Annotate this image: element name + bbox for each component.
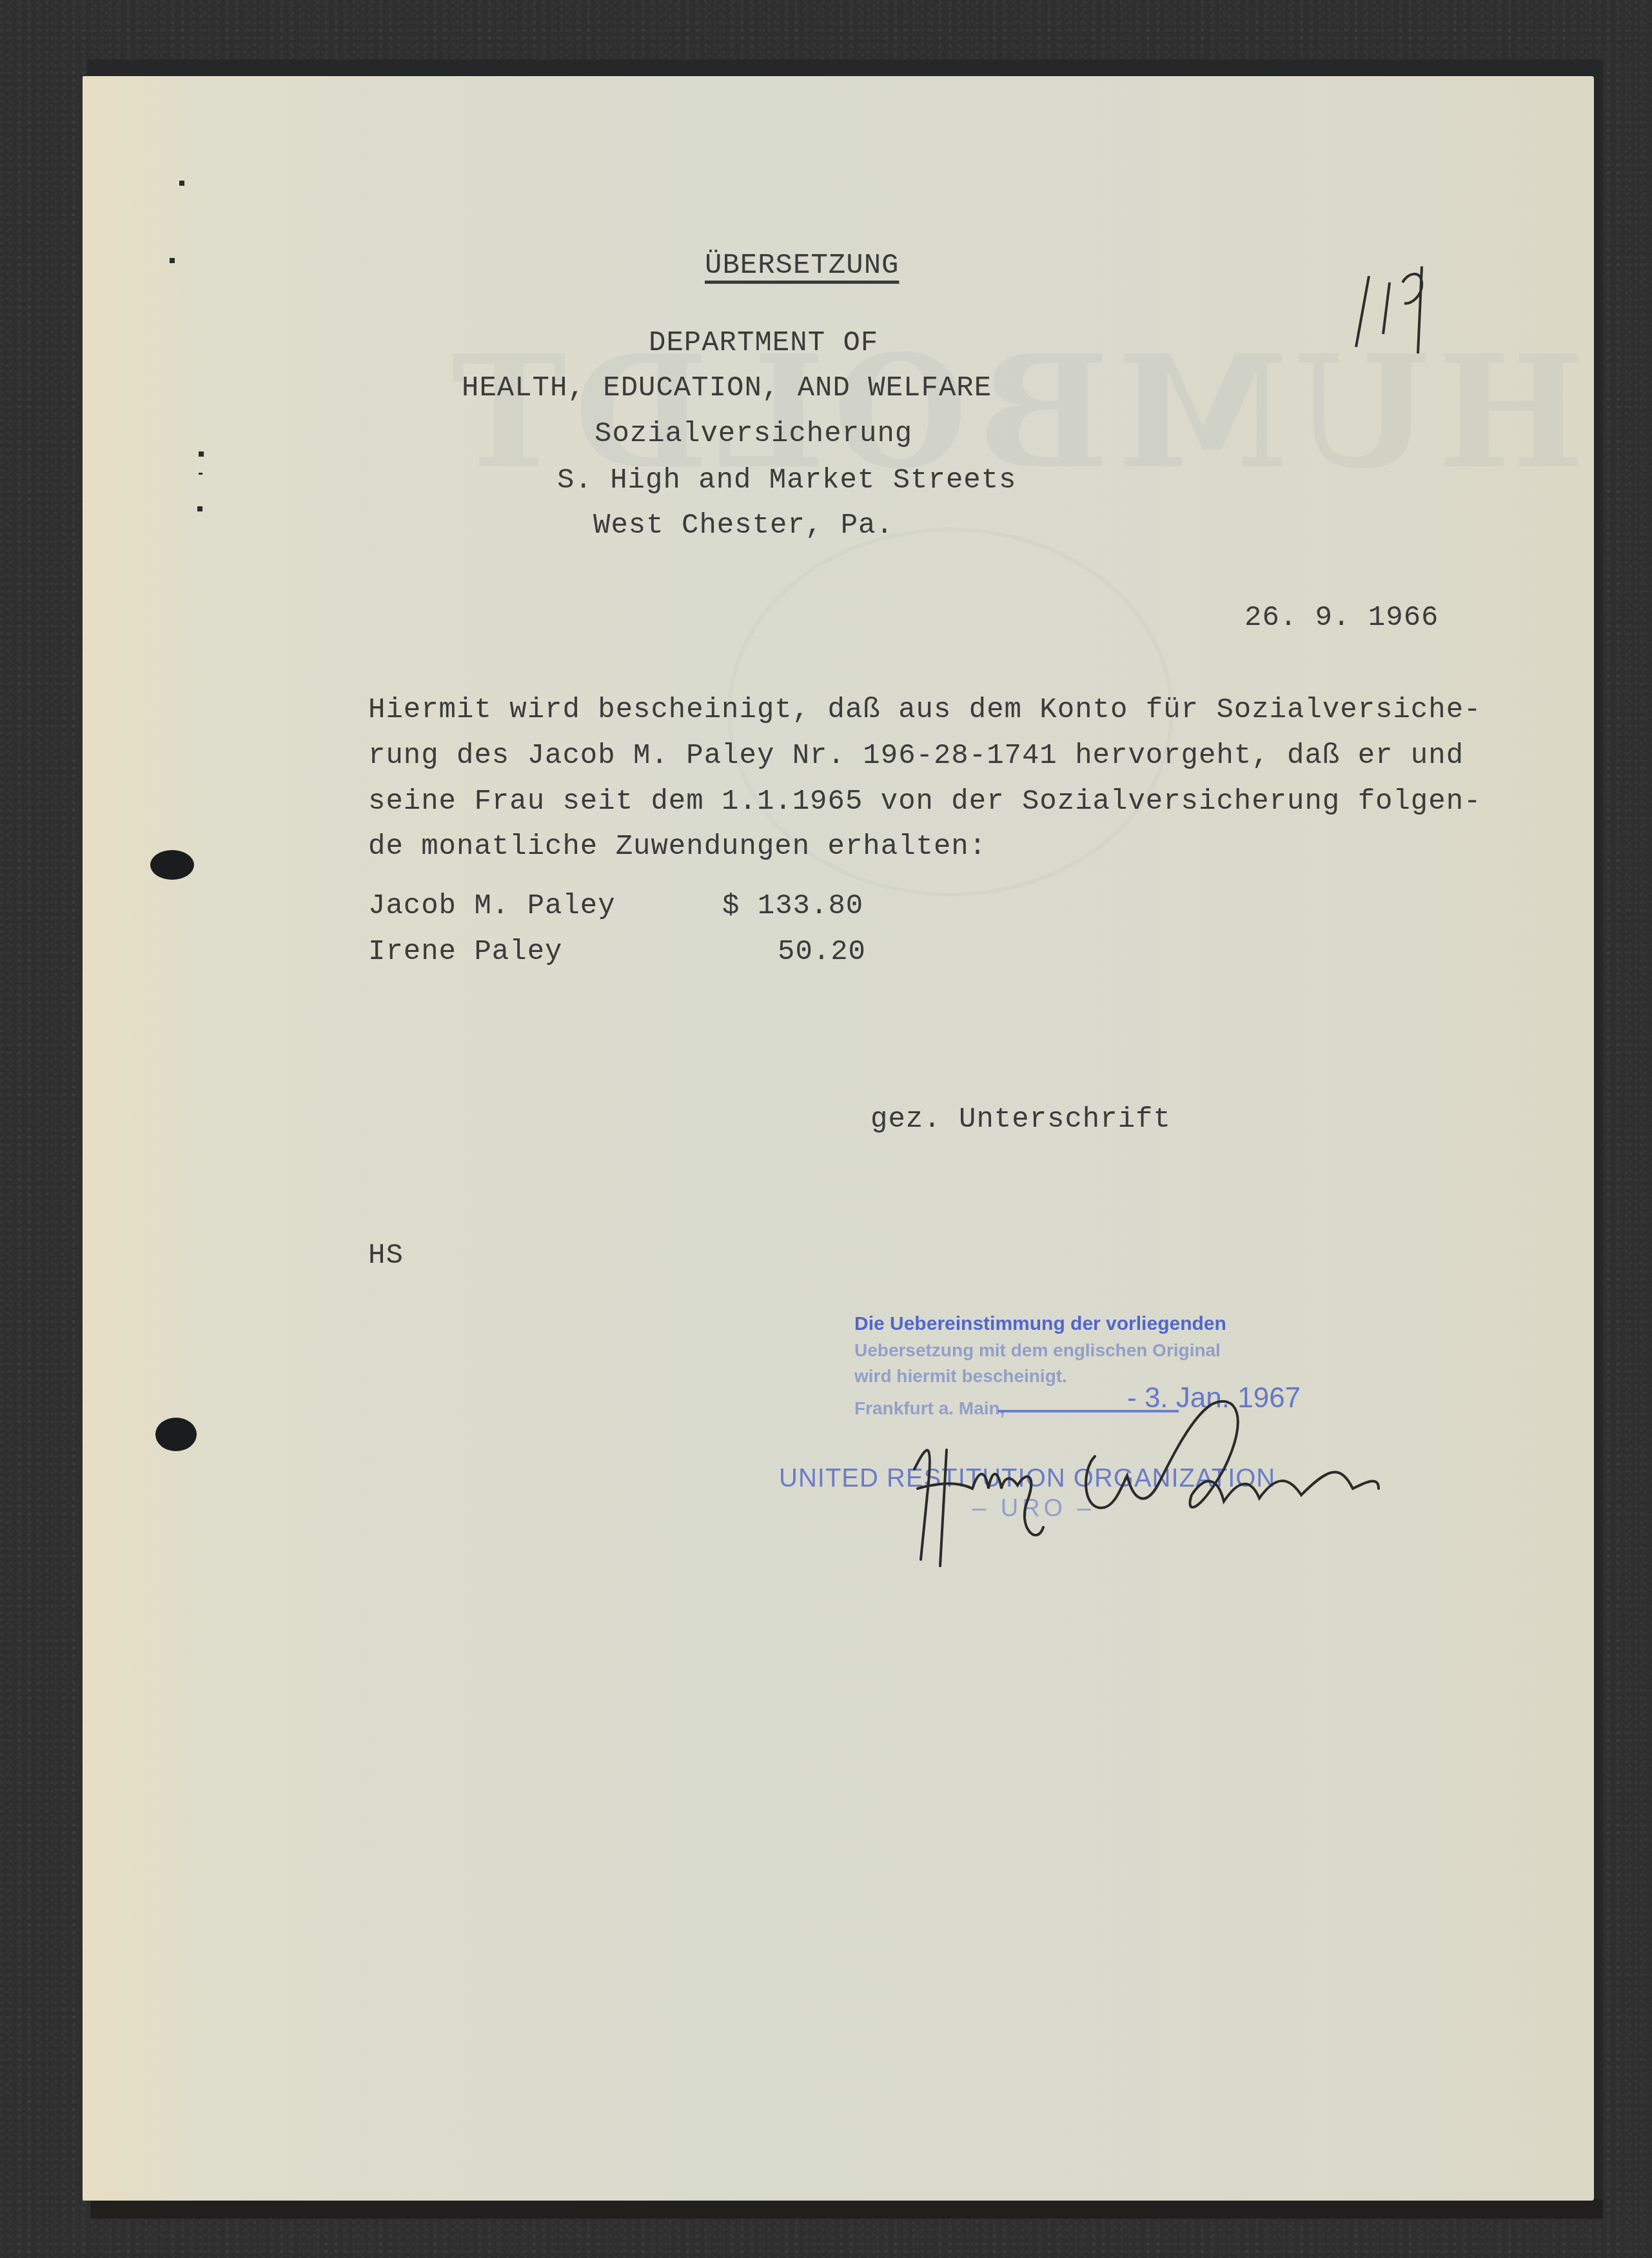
staple-mark [199,473,202,475]
sender-line-1: DEPARTMENT OF [649,329,878,357]
stamp-line-1: Die Uebereinstimmung der vorliegenden [854,1313,1226,1335]
benefit-name-1: Jacob M. Paley [368,892,616,920]
folder-edge-top [87,59,1602,77]
benefit-name-2: Irene Paley [368,938,562,966]
sender-line-3: Sozialversicherung [595,420,912,448]
signature-note: gez. Unterschrift [870,1105,1171,1134]
handwritten-folio-number [1350,257,1440,353]
document-page: HUMBOLDT 119 ÜBERSETZUNG DEPARTMENT OF H… [83,76,1594,2201]
staple-mark [179,181,184,186]
punch-hole-icon [150,850,194,880]
folder-edge-bottom [90,2199,1603,2219]
typist-initials: HS [368,1242,404,1270]
sender-line-5: West Chester, Pa. [593,511,894,540]
benefit-amount-2: 50.20 [778,938,866,966]
staple-mark [170,258,175,263]
body-line-4: de monatliche Zuwendungen erhalten: [368,833,987,861]
staple-mark [197,506,202,511]
body-line-2: rung des Jacob M. Paley Nr. 196-28-1741 … [368,742,1464,770]
body-line-3: seine Frau seit dem 1.1.1965 von der Soz… [368,787,1481,816]
stamp-line-2: Uebersetzung mit dem englischen Original [854,1340,1221,1361]
punch-hole-icon [155,1418,197,1451]
document-date: 26. 9. 1966 [1244,604,1439,632]
staple-mark [199,451,204,457]
folder-edge-right [1593,59,1603,2207]
benefit-amount-1: $ 133.80 [722,892,863,920]
document-heading: ÜBERSETZUNG [705,252,899,280]
sender-line-2: HEALTH, EDUCATION, AND WELFARE [462,374,992,402]
body-line-1: Hiermit wird bescheinigt, daß aus dem Ko… [368,696,1481,724]
sender-line-4: S. High and Market Streets [557,466,1017,495]
handwritten-signature [889,1379,1469,1572]
paper-fold-shading [83,76,192,2201]
